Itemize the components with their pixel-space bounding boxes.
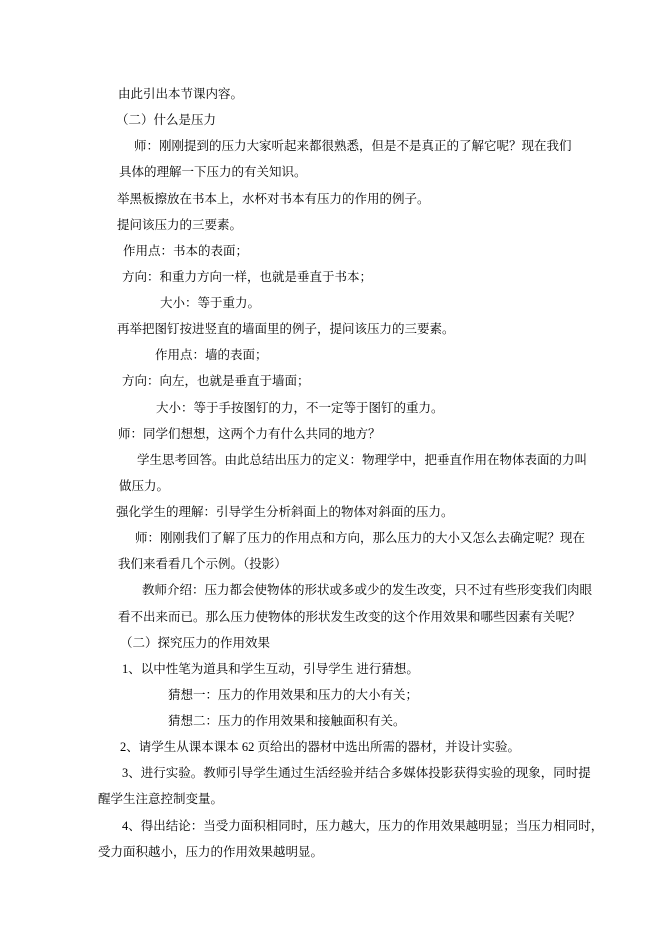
text-line: 看不出来而已。那么压力使物体的形状发生改变的这个作用效果和哪些因素有关呢？ <box>0 604 661 630</box>
text-line: 具体的理解一下压力的有关知识。 <box>0 159 661 185</box>
text-line: 师：刚刚提到的压力大家听起来都很熟悉，但是不是真正的了解它呢？现在我们 <box>0 133 661 159</box>
text-line: 师：刚刚我们了解了压力的作用点和方向，那么压力的大小又怎么去确定呢？现在 <box>0 525 661 551</box>
text-line: 再举把图钉按进竖直的墙面里的例子，提问该压力的三要素。 <box>0 316 661 342</box>
section-heading: （二）什么是压力 <box>0 107 661 133</box>
text-line: 醒学生注意控制变量。 <box>0 786 661 812</box>
text-line: 2、请学生从课本课本 62 页给出的器材中选出所需的器材，并设计实验。 <box>0 734 661 760</box>
text-line: 我们来看看几个示例。（投影） <box>0 551 661 577</box>
text-line: 强化学生的理解：引导学生分析斜面上的物体对斜面的压力。 <box>0 499 661 525</box>
text-line: 大小：等于手按图钉的力，不一定等于图钉的重力。 <box>0 395 661 421</box>
text-line: 受力面积越小，压力的作用效果越明显。 <box>0 839 661 865</box>
text-line: 师：同学们想想，这两个力有什么共同的地方？ <box>0 421 661 447</box>
text-line: 教师介绍：压力都会使物体的形状或多或少的发生改变，只不过有些形变我们肉眼 <box>0 577 661 603</box>
text-line: 作用点：墙的表面； <box>0 342 661 368</box>
document-page: 由此引出本节课内容。（二）什么是压力师：刚刚提到的压力大家听起来都很熟悉，但是不… <box>0 0 661 935</box>
text-line: 4、得出结论：当受力面积相同时，压力越大，压力的作用效果越明显；当压力相同时， <box>0 813 661 839</box>
text-line: 提问该压力的三要素。 <box>0 212 661 238</box>
text-line: 方向：向左，也就是垂直于墙面； <box>0 368 661 394</box>
text-line: 方向：和重力方向一样，也就是垂直于书本； <box>0 264 661 290</box>
text-line: 3、进行实验。教师引导学生通过生活经验并结合多媒体投影获得实验的现象，同时提 <box>0 760 661 786</box>
text-line: 由此引出本节课内容。 <box>0 81 661 107</box>
text-line: 举黑板擦放在书本上，水杯对书本有压力的作用的例子。 <box>0 186 661 212</box>
section-heading: （二）探究压力的作用效果 <box>0 630 661 656</box>
text-line: 大小：等于重力。 <box>0 290 661 316</box>
text-line: 1、以中性笔为道具和学生互动，引导学生 进行猜想。 <box>0 656 661 682</box>
text-line: 猜想二：压力的作用效果和接触面积有关。 <box>0 708 661 734</box>
text-line: 学生思考回答。由此总结出压力的定义：物理学中，把垂直作用在物体表面的力叫 <box>0 447 661 473</box>
text-line: 做压力。 <box>0 473 661 499</box>
text-line: 作用点：书本的表面； <box>0 238 661 264</box>
text-line: 猜想一：压力的作用效果和压力的大小有关； <box>0 682 661 708</box>
